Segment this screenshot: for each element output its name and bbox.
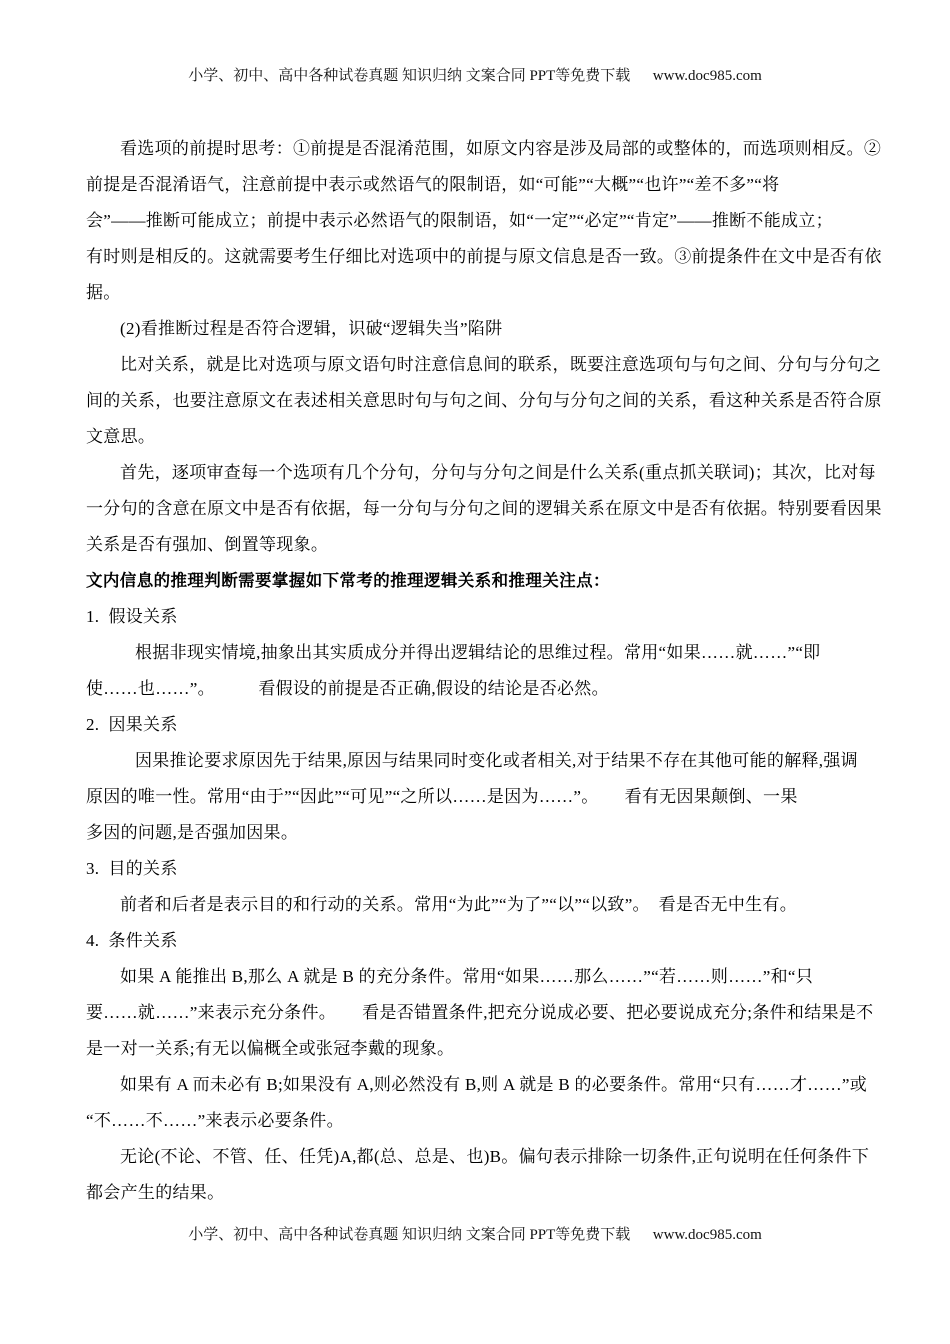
document-page: 小学、初中、高中各种试卷真题 知识归纳 文案合同 PPT等免费下载 www.do… [0, 0, 950, 1344]
page-header: 小学、初中、高中各种试卷真题 知识归纳 文案合同 PPT等免费下载 www.do… [0, 66, 950, 86]
text-line: 据。 [86, 275, 876, 311]
text-line: 前者和后者是表示目的和行动的关系。常用“为此”“为了”“以”“以致”。 看是否无… [86, 887, 876, 923]
text-line: 关系是否有强加、倒置等现象。 [86, 527, 876, 563]
document-body: 看选项的前提时思考：①前提是否混淆范围，如原文内容是涉及局部的或整体的，而选项则… [86, 131, 876, 1211]
text-line: 前提是否混淆语气，注意前提中表示或然语气的限制语，如“可能”“大概”“也许”“差… [86, 167, 876, 203]
text-line: 要……就……”来表示充分条件。 看是否错置条件,把充分说成必要、把必要说成充分;… [86, 995, 876, 1031]
text-line: (2)看推断过程是否符合逻辑，识破“逻辑失当”陷阱 [86, 311, 876, 347]
text-line: 4. 条件关系 [86, 923, 876, 959]
text-line: 都会产生的结果。 [86, 1175, 876, 1211]
text-line: 无论(不论、不管、任、任凭)A,都(总、总是、也)B。偏句表示排除一切条件,正句… [86, 1139, 876, 1175]
text-line: 如果有 A 而未必有 B;如果没有 A,则必然没有 B,则 A 就是 B 的必要… [86, 1067, 876, 1103]
text-line: 3. 目的关系 [86, 851, 876, 887]
text-line: 1. 假设关系 [86, 599, 876, 635]
text-line: 多因的问题,是否强加因果。 [86, 815, 876, 851]
text-line: 看选项的前提时思考：①前提是否混淆范围，如原文内容是涉及局部的或整体的，而选项则… [86, 131, 876, 167]
text-line: 文意思。 [86, 419, 876, 455]
text-line: “不……不……”来表示必要条件。 [86, 1103, 876, 1139]
text-line: 一分句的含意在原文中是否有依据，每一分句与分句之间的逻辑关系在原文中是否有依据。… [86, 491, 876, 527]
page-footer: 小学、初中、高中各种试卷真题 知识归纳 文案合同 PPT等免费下载 www.do… [0, 1225, 950, 1245]
text-line: 首先，逐项审查每一个选项有几个分句，分句与分句之间是什么关系(重点抓关联词)；其… [86, 455, 876, 491]
text-line: 使……也……”。 看假设的前提是否正确,假设的结论是否必然。 [86, 671, 876, 707]
section-heading: 文内信息的推理判断需要掌握如下常考的推理逻辑关系和推理关注点： [86, 563, 876, 599]
text-line: 比对关系，就是比对选项与原文语句时注意信息间的联系，既要注意选项句与句之间、分句… [86, 347, 876, 383]
text-line: 间的关系，也要注意原文在表述相关意思时句与句之间、分句与分句之间的关系，看这种关… [86, 383, 876, 419]
text-line: 会”——推断可能成立；前提中表示必然语气的限制语，如“一定”“必定”“肯定”——… [86, 203, 876, 239]
text-line: 2. 因果关系 [86, 707, 876, 743]
text-line: 是一对一关系;有无以偏概全或张冠李戴的现象。 [86, 1031, 876, 1067]
text-line: 有时则是相反的。这就需要考生仔细比对选项中的前提与原文信息是否一致。③前提条件在… [86, 239, 876, 275]
text-line: 如果 A 能推出 B,那么 A 就是 B 的充分条件。常用“如果……那么……”“… [86, 959, 876, 995]
text-line: 原因的唯一性。常用“由于”“因此”“可见”“之所以……是因为……”。 看有无因果… [86, 779, 876, 815]
text-line: 根据非现实情境,抽象出其实质成分并得出逻辑结论的思维过程。常用“如果……就……”… [86, 635, 876, 671]
text-line: 因果推论要求原因先于结果,原因与结果同时变化或者相关,对于结果不存在其他可能的解… [86, 743, 876, 779]
